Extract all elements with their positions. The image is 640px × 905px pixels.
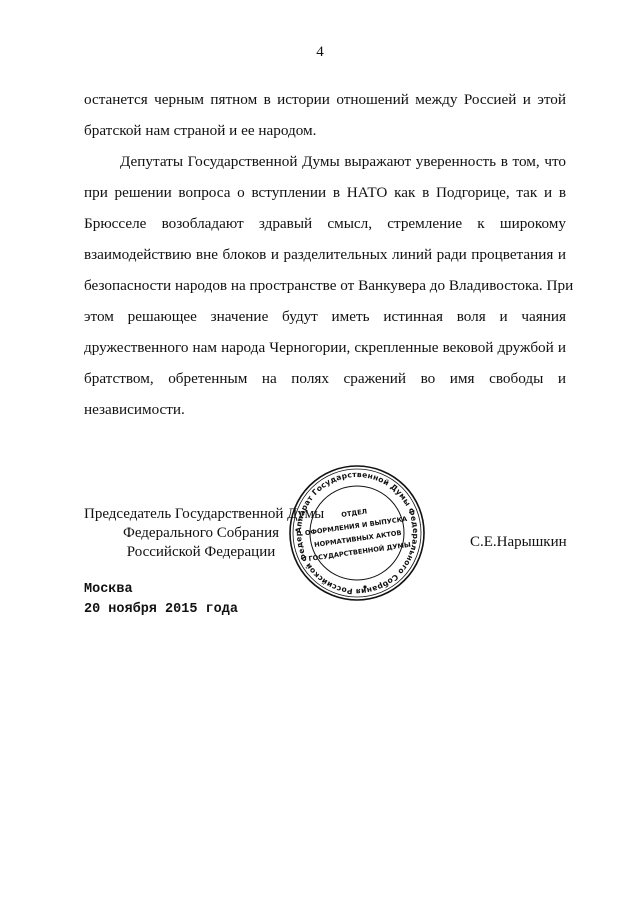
text-line: этом решающее значение будут иметь истин… <box>84 301 566 332</box>
signature-title-line: Федерального Собрания <box>118 524 284 543</box>
text-line: дружественного нам народа Черногории, ск… <box>84 332 566 363</box>
text-line: Депутаты Государственной Думы выражают у… <box>84 146 566 177</box>
text-line: независимости. <box>84 394 566 425</box>
place: Москва <box>84 580 238 600</box>
date: 20 ноября 2015 года <box>84 600 238 620</box>
text-line: при решении вопроса о вступлении в НАТО … <box>84 177 566 208</box>
paragraph-1: останется черным пятном в истории отноше… <box>84 84 566 146</box>
official-stamp: Аппарат Государственной Думы Федеральног… <box>287 463 427 603</box>
stamp-seal-icon: Аппарат Государственной Думы Федеральног… <box>287 463 427 603</box>
place-and-date: Москва 20 ноября 2015 года <box>84 580 238 620</box>
text-line: останется черным пятном в истории отноше… <box>84 84 566 115</box>
text-line: безопасности народов на пространстве от … <box>84 270 566 301</box>
text-line: братской нам страной и ее народом. <box>84 115 566 146</box>
page-number: 4 <box>0 44 640 61</box>
stamp-line: ОТДЕЛ <box>341 507 368 519</box>
signature-title: Председатель Государственной Думы Федера… <box>84 505 284 562</box>
signature-title-line: Российской Федерации <box>118 543 284 562</box>
text-line: братством, обретенным на полях сражений … <box>84 363 566 394</box>
document-page: 4 останется черным пятном в истории отно… <box>0 0 640 905</box>
document-body: останется черным пятном в истории отноше… <box>84 84 566 425</box>
paragraph-2: Депутаты Государственной Думы выражают у… <box>84 146 566 425</box>
text-line: Брюсселе возобладают здравый смысл, стре… <box>84 208 566 239</box>
signature-title-line: Председатель Государственной Думы <box>84 505 284 524</box>
signer-name: С.Е.Нарышкин <box>470 534 567 551</box>
text-line: взаимодействию вне блоков и разделительн… <box>84 239 566 270</box>
